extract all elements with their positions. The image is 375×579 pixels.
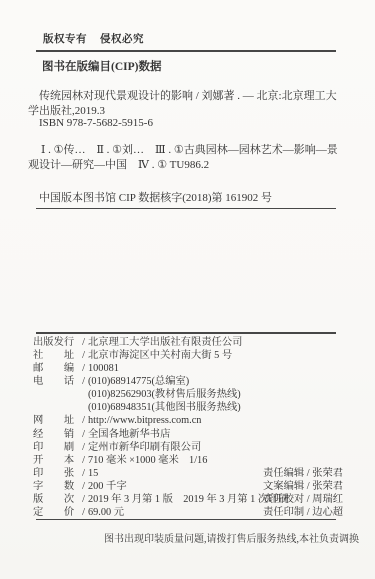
- colophon-row-publisher: 出版发行/北京理工大学出版社有限责任公司: [33, 336, 369, 349]
- row-value: 100081: [88, 363, 119, 374]
- row-separator: /: [79, 480, 88, 493]
- row-label: 印 张: [33, 467, 79, 480]
- row-separator: /: [79, 441, 88, 454]
- row-label: 社 址: [33, 349, 79, 362]
- colophon-row-phone-1: 电 话/(010)68914775(总编室): [33, 375, 369, 388]
- row-label: 电 话: [33, 375, 79, 388]
- copyright-page: 版权专有侵权必究 图书在版编目(CIP)数据 传统园林对现代景观设计的影响 / …: [0, 0, 375, 579]
- row-value: 15: [88, 468, 98, 479]
- colophon-row-format: 开 本/710 毫米 ×1000 毫米 1/16: [33, 454, 369, 467]
- row-value: 69.00 元: [88, 507, 124, 518]
- cip-record-number: 中国版本图书馆 CIP 数据核字(2018)第 161902 号: [39, 189, 272, 205]
- row-label: 经 销: [33, 428, 79, 441]
- colophon-row-wordcount: 字 数/200 千字文案编辑 / 张荣君: [33, 480, 369, 493]
- cip-entry: 传统园林对现代景观设计的影响 / 刘娜著 . — 北京:北京理工大学出版社,20…: [28, 89, 338, 118]
- row-label: 字 数: [33, 480, 79, 493]
- staff-editor: 责任编辑 / 张荣君: [263, 467, 343, 480]
- row-label: 定 价: [33, 506, 79, 519]
- row-separator: /: [79, 428, 88, 441]
- copyright-notice: 版权专有侵权必究: [43, 31, 144, 46]
- row-label: 印 刷: [33, 441, 79, 454]
- row-separator: /: [79, 336, 88, 349]
- staff-copy-editor: 文案编辑 / 张荣君: [263, 480, 343, 493]
- row-separator: /: [79, 375, 88, 388]
- row-separator: /: [79, 467, 88, 480]
- colophon-row-edition: 版 次/2019 年 3 月第 1 版 2019 年 3 月第 1 次印刷责任校…: [33, 493, 369, 506]
- colophon-row-phone-3: (010)68948351(其他图书服务热线): [33, 401, 369, 414]
- colophon-row-price: 定 价/69.00 元责任印制 / 边心超: [33, 506, 369, 519]
- row-label: 邮 编: [33, 362, 79, 375]
- staff-proofreader: 责任校对 / 周瑞红: [263, 493, 343, 506]
- divider-bottom: [36, 519, 336, 520]
- row-label: 出版发行: [33, 336, 79, 349]
- divider-colophon-top: [36, 332, 336, 334]
- row-value: 全国各地新华书店: [88, 429, 170, 440]
- colophon-row-website: 网 址/http://www.bitpress.com.cn: [33, 414, 369, 427]
- row-separator: /: [79, 362, 88, 375]
- row-value: 北京理工大学出版社有限责任公司: [88, 337, 242, 348]
- row-value: 200 千字: [88, 481, 127, 492]
- staff-print-supervisor: 责任印制 / 边心超: [263, 506, 343, 519]
- copyright-notice-left: 版权专有: [43, 34, 87, 45]
- colophon-row-sheets: 印 张/15责任编辑 / 张荣君: [33, 467, 369, 480]
- row-label: 网 址: [33, 414, 79, 427]
- colophon-block: 出版发行/北京理工大学出版社有限责任公司 社 址/北京市海淀区中关村南大街 5 …: [33, 336, 369, 519]
- row-value: http://www.bitpress.com.cn: [88, 415, 201, 426]
- row-value: 2019 年 3 月第 1 版 2019 年 3 月第 1 次印刷: [88, 494, 289, 505]
- quality-exchange-note: 图书出现印装质量问题,请拨打售后服务热线,本社负责调换: [104, 530, 359, 545]
- colophon-row-distribution: 经 销/全国各地新华书店: [33, 428, 369, 441]
- row-separator: /: [79, 349, 88, 362]
- cip-heading: 图书在版编目(CIP)数据: [42, 58, 161, 74]
- row-value: 定州市新华印刷有限公司: [88, 442, 201, 453]
- row-value: 710 毫米 ×1000 毫米 1/16: [88, 455, 207, 466]
- row-value: (010)82562903(教材售后服务热线): [88, 389, 241, 400]
- row-separator: /: [79, 493, 88, 506]
- row-separator: /: [79, 454, 88, 467]
- row-label: 开 本: [33, 454, 79, 467]
- colophon-row-postcode: 邮 编/100081: [33, 362, 369, 375]
- divider-top: [36, 50, 336, 52]
- row-value: (010)68914775(总编室): [88, 376, 189, 387]
- row-separator: /: [79, 506, 88, 519]
- row-separator: /: [79, 414, 88, 427]
- row-value: (010)68948351(其他图书服务热线): [88, 402, 241, 413]
- colophon-row-printer: 印 刷/定州市新华印刷有限公司: [33, 441, 369, 454]
- colophon-row-phone-2: (010)82562903(教材售后服务热线): [33, 388, 369, 401]
- colophon-row-address: 社 址/北京市海淀区中关村南大街 5 号: [33, 349, 369, 362]
- copyright-notice-right: 侵权必究: [100, 34, 144, 45]
- row-value: 北京市海淀区中关村南大街 5 号: [88, 350, 232, 361]
- divider-cip-bottom: [36, 208, 336, 209]
- row-label: 版 次: [33, 493, 79, 506]
- cip-classification: Ⅰ . ①传… Ⅱ . ①刘… Ⅲ . ①古典园林—园林艺术—影响—景观设计—研…: [28, 143, 340, 172]
- isbn-line: ISBN 978-7-5682-5915-6: [39, 117, 153, 129]
